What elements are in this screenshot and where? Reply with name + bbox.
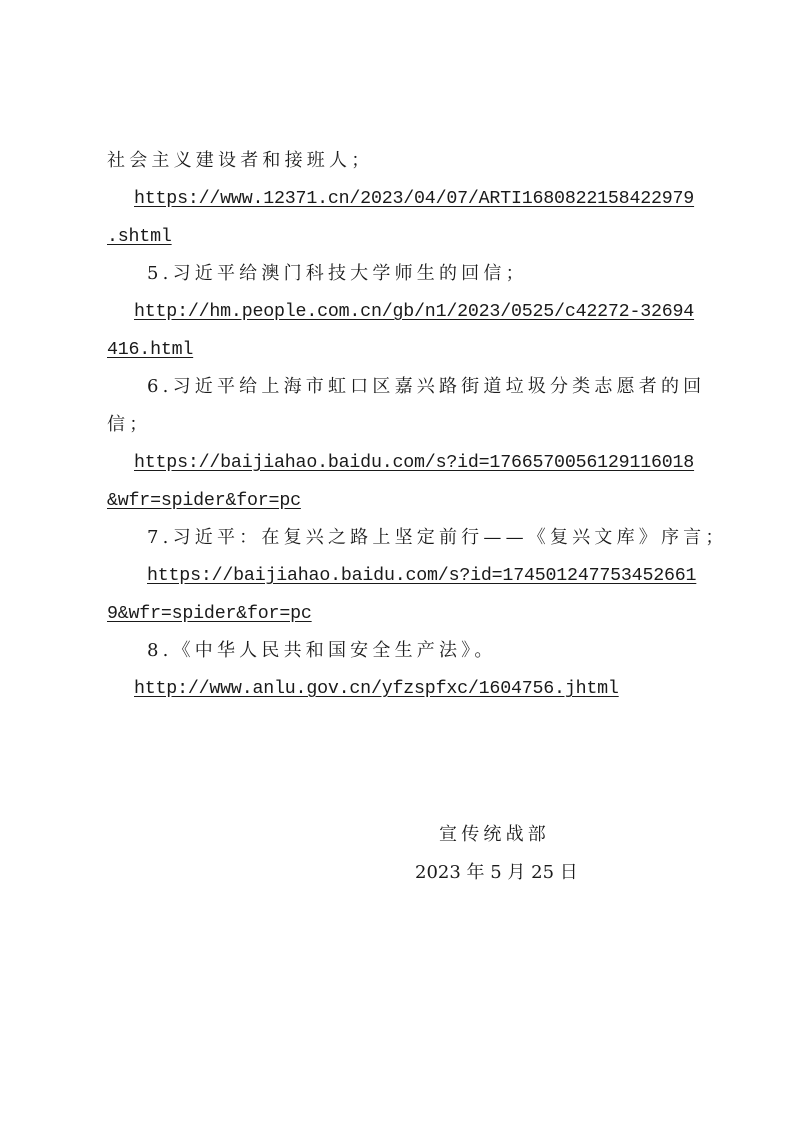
reference-7-link[interactable]: https://baijiahao.baidu.com/s?id=1745012… — [147, 565, 696, 587]
reference-4-title-end: 社会主义建设者和接班人； — [107, 150, 373, 172]
reference-5-link[interactable]: http://hm.people.com.cn/gb/n1/2023/0525/… — [134, 301, 694, 323]
reference-6-title: 6.习近平给上海市虹口区嘉兴路街道垃圾分类志愿者的回 — [147, 376, 705, 398]
reference-8-title: 8.《中华人民共和国安全生产法》。 — [147, 640, 497, 662]
signature-department: 宣传统战部 — [439, 824, 550, 846]
reference-4-link-cont[interactable]: .shtml — [107, 226, 172, 248]
reference-8-link[interactable]: http://www.anlu.gov.cn/yfzspfxc/1604756.… — [134, 678, 619, 700]
reference-6-title-cont: 信； — [107, 414, 151, 436]
reference-5-title: 5.习近平给澳门科技大学师生的回信； — [147, 263, 528, 285]
reference-4-link[interactable]: https://www.12371.cn/2023/04/07/ARTI1680… — [134, 188, 694, 210]
reference-7-link-cont[interactable]: 9&wfr=spider&for=pc — [107, 603, 312, 625]
reference-6-link-cont[interactable]: &wfr=spider&for=pc — [107, 490, 301, 512]
reference-6-link[interactable]: https://baijiahao.baidu.com/s?id=1766570… — [134, 452, 694, 474]
reference-5-link-cont[interactable]: 416.html — [107, 339, 193, 361]
reference-7-title: 7.习近平：在复兴之路上坚定前行——《复兴文库》序言； — [147, 527, 728, 549]
signature-date: 2023 年 5 月 25 日 — [415, 862, 578, 884]
